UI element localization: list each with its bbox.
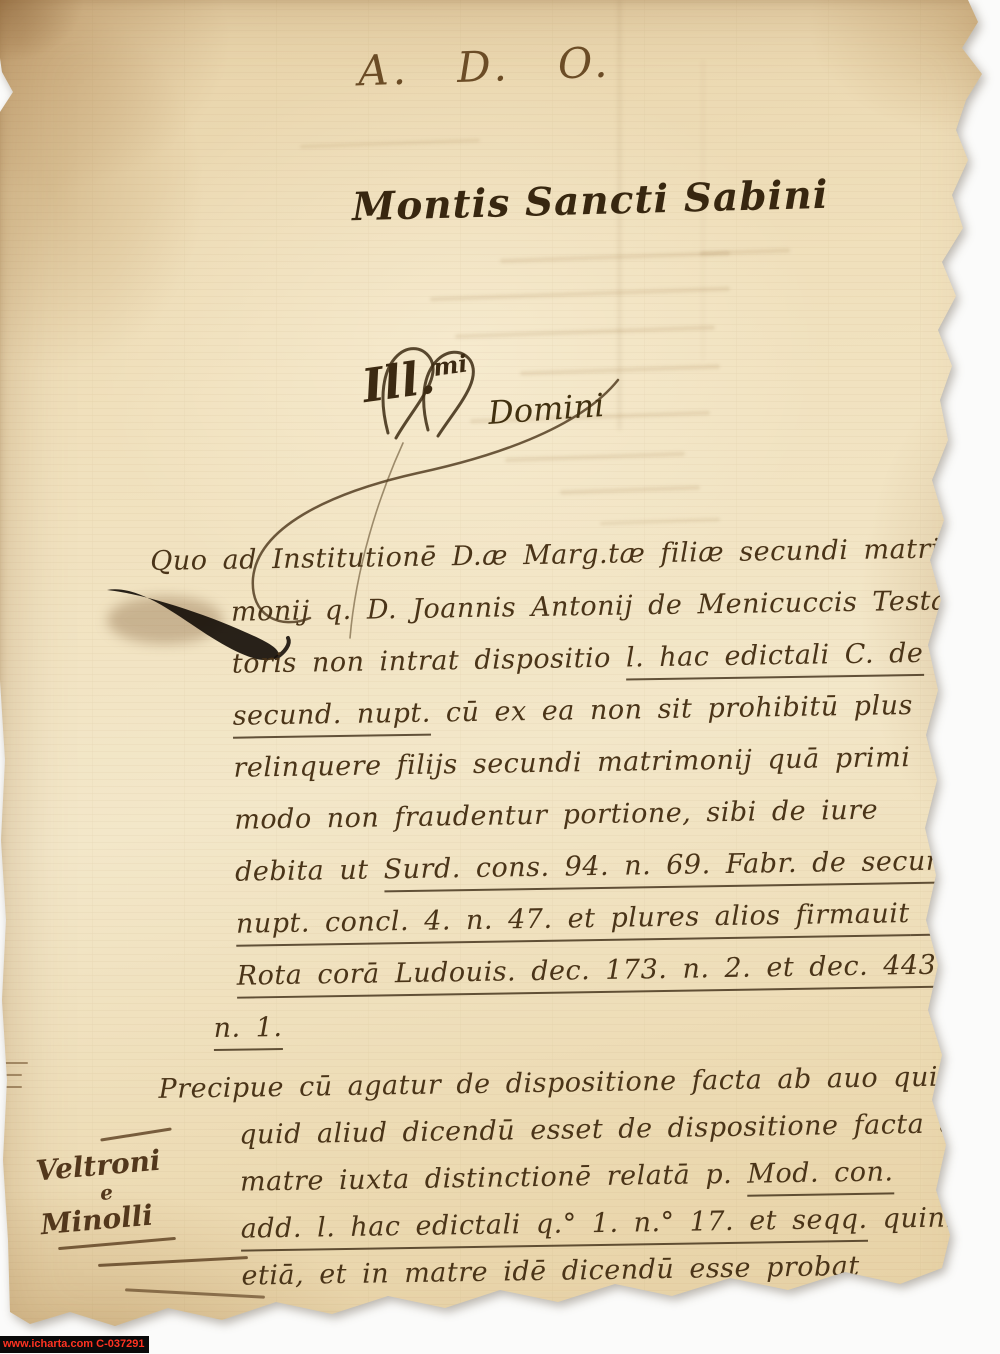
text-segment: quinimmo	[867, 1201, 1000, 1234]
paragraph: Quo ad Institutionē D.æ Marg.tæ filiæ se…	[150, 533, 968, 1066]
salutation-superscript: mi	[431, 348, 469, 382]
salutation-word: Domini	[487, 386, 606, 432]
underlined-citation	[984, 844, 1000, 883]
manuscript-line: etiā, et in matre idē dicendū esse proba…	[241, 1249, 972, 1307]
text-segment: toris non intrat dispositio	[232, 643, 627, 680]
edge-tick	[0, 1074, 22, 1076]
paper-shadow: A. D. O. Montis Sancti Sabini Ill.mi Dom…	[0, 0, 1000, 1354]
watermark-label: www.icharta.com C-037291	[0, 1336, 149, 1353]
scan-background: A. D. O. Montis Sancti Sabini Ill.mi Dom…	[0, 0, 1000, 1354]
edge-tick	[4, 1086, 22, 1088]
text-segment: Precipue cū agatur de dispositione facta…	[158, 1061, 977, 1105]
underlined-citation: n. 1.	[213, 1012, 282, 1051]
margin-note: Veltroni e Minolli	[34, 1139, 211, 1243]
edge-tick	[0, 1062, 28, 1064]
showthrough-mark	[455, 325, 715, 338]
manuscript-line: n. 1.	[213, 1001, 968, 1065]
manuscript-page: A. D. O. Montis Sancti Sabini Ill.mi Dom…	[0, 0, 1000, 1354]
underlined-citation	[936, 949, 997, 988]
underlined-citation: Surd. cons. 94. n. 69. Fabr. de secund=	[383, 845, 985, 892]
underlined-citation: secund. nupt.	[232, 698, 431, 739]
showthrough-mark	[300, 139, 480, 148]
document-title: Montis Sancti Sabini	[351, 172, 829, 230]
text-segment: debita ut	[235, 854, 384, 887]
paragraph: Precipue cū agatur de dispositione facta…	[158, 1061, 972, 1309]
underlined-citation: Mod. con.	[747, 1156, 894, 1196]
showthrough-mark	[500, 251, 730, 263]
underlined-citation	[910, 897, 986, 936]
text-segment: matre iuxta distinctionē relatā p.	[240, 1159, 748, 1198]
showthrough-mark	[430, 287, 730, 301]
header-initials: A. D. O.	[357, 38, 612, 96]
underlined-citation: l. hac edictali C. de	[626, 638, 924, 681]
body-text: Quo ad Institutionē D.æ Marg.tæ filiæ se…	[150, 533, 972, 1309]
text-segment: cū ex ea non sit prohibitū plus	[431, 690, 913, 729]
showthrough-mark	[700, 248, 790, 255]
